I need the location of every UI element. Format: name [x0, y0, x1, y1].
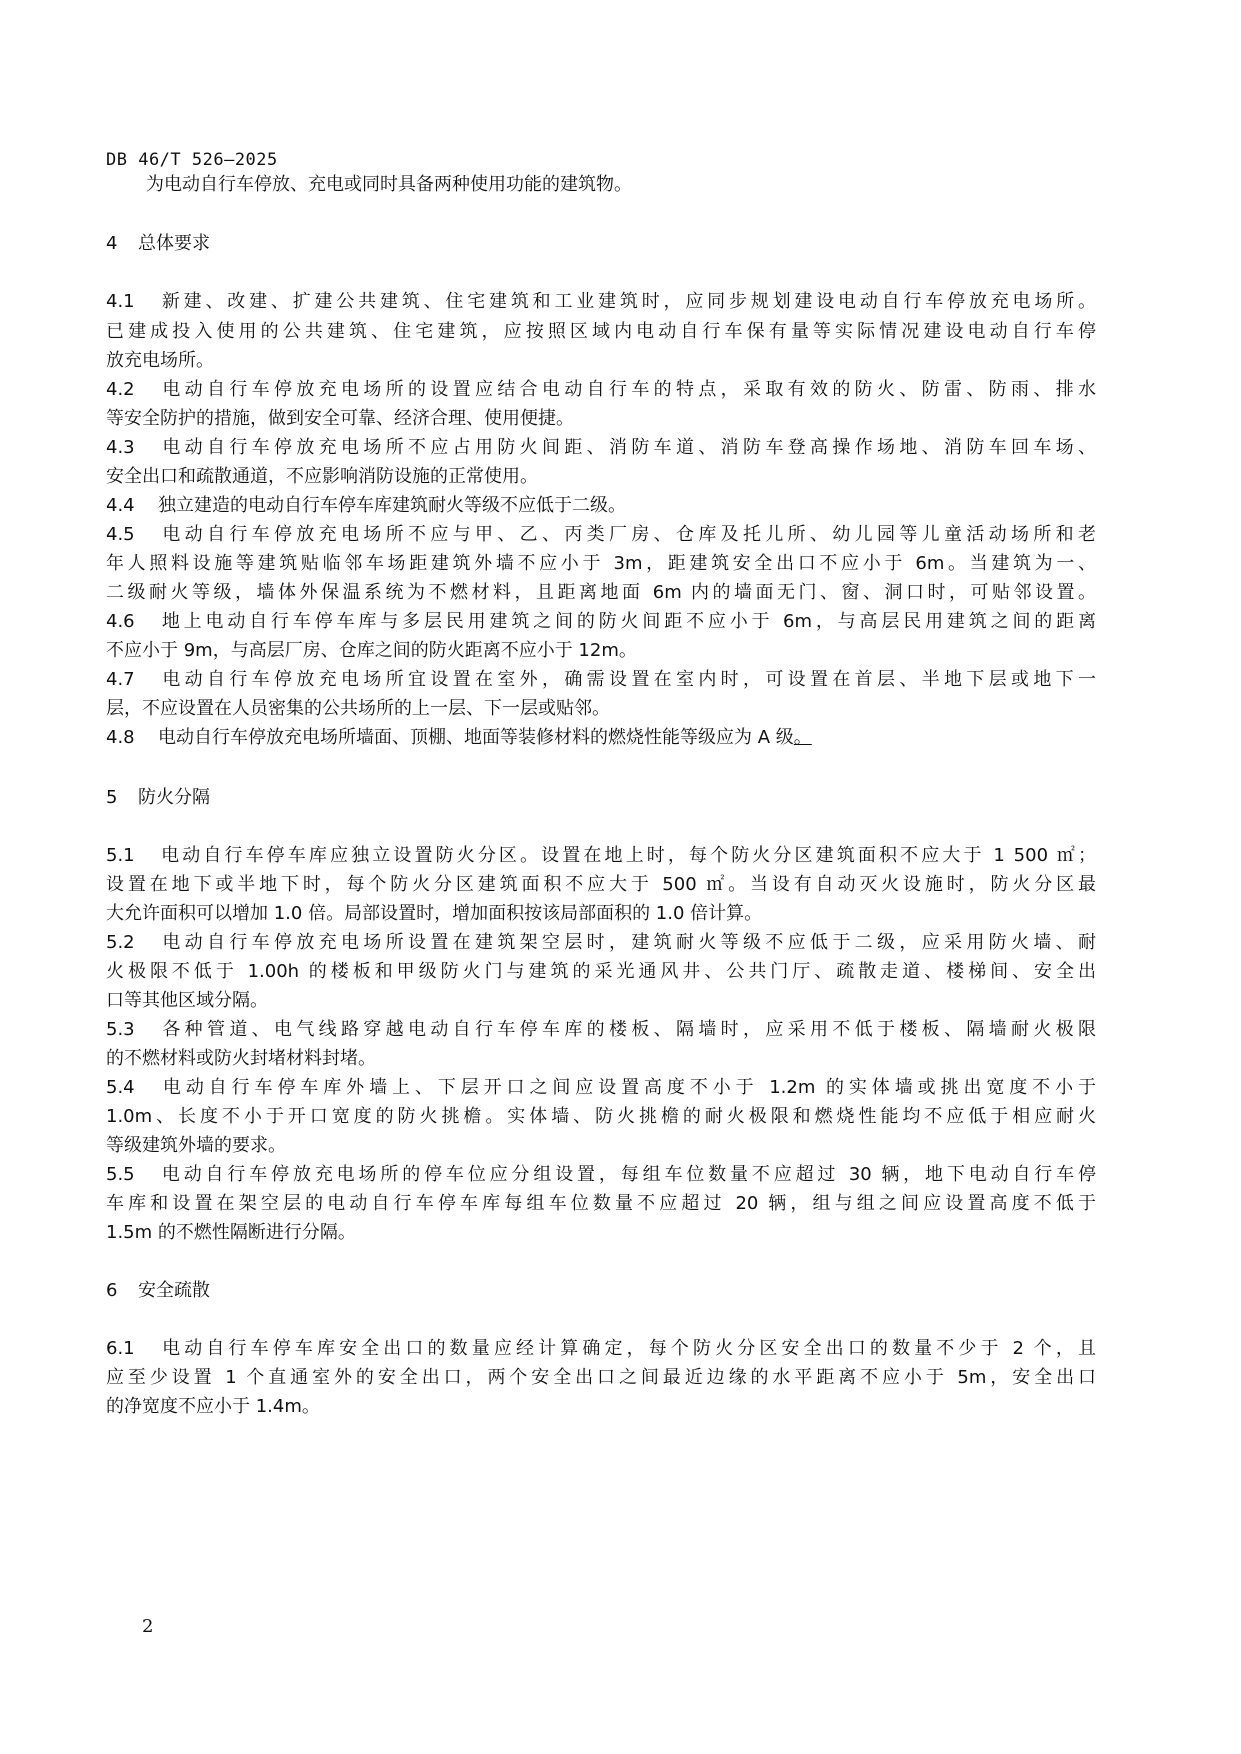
clause-5-5-line-1: 5.5电动自行车停放充电场所的停车位应分组设置，每组车位数量不应超过 30 辆，… [106, 1163, 1096, 1187]
clause-text: 电动自行车停车库应独立设置防火分区。设置在地上时，每个防火分区建筑面积不应大于 … [158, 845, 1096, 866]
section-number: 5 [106, 786, 138, 810]
clause-text: 电动自行车停放充电场所墙面、顶棚、地面等装修材料的燃烧性能等级应为 A 级 [158, 727, 794, 748]
clause-5-1-line-3: 大允许面积可以增加 1.0 倍。局部设置时，增加面积按该局部面积的 1.0 倍计… [106, 902, 1096, 926]
clause-4-7-line-1: 4.7电动自行车停放充电场所宜设置在室外，确需设置在室内时，可设置在首层、半地下… [106, 668, 1096, 692]
clause-6-1-line-2: 应至少设置 1 个直通室外的安全出口，两个安全出口之间最近边缘的水平距离不应小于… [106, 1366, 1096, 1390]
clause-5-2-line-3: 口等其他区域分隔。 [106, 989, 1096, 1013]
clause-number: 5.3 [106, 1018, 158, 1042]
clause-4-2-line-1: 4.2电动自行车停放充电场所的设置应结合电动自行车的特点，采取有效的防火、防雷、… [106, 378, 1096, 402]
clause-5-4-line-1: 5.4电动自行车停车库外墙上、下层开口之间应设置高度不小于 1.2m 的实体墙或… [106, 1076, 1096, 1100]
clause-4-1-line-2: 已建成投入使用的公共建筑、住宅建筑，应按照区域内电动自行车保有量等实际情况建设电… [106, 320, 1096, 344]
clause-4-3-line-2: 安全出口和疏散通道，不应影响消防设施的正常使用。 [106, 465, 1096, 489]
clause-number: 4.1 [106, 290, 158, 314]
clause-4-8-line-1: 4.8电动自行车停放充电场所墙面、顶棚、地面等装修材料的燃烧性能等级应为 A 级… [106, 726, 1096, 750]
clause-number: 4.7 [106, 668, 158, 692]
clause-number: 5.4 [106, 1076, 158, 1100]
section-number: 6 [106, 1279, 138, 1303]
section-5-heading: 5防火分隔 [106, 786, 210, 810]
clause-text: 电动自行车停放充电场所不应占用防火间距、消防车道、消防车登高操作场地、消防车回车… [158, 437, 1096, 458]
clause-5-5-line-3: 1.5m 的不燃性隔断进行分隔。 [106, 1221, 1096, 1245]
clause-6-1-line-1: 6.1电动自行车停车库安全出口的数量应经计算确定，每个防火分区安全出口的数量不少… [106, 1337, 1096, 1361]
clause-5-2-line-1: 5.2电动自行车停放充电场所设置在建筑架空层时，建筑耐火等级不应低于二级，应采用… [106, 931, 1096, 955]
clause-number: 5.2 [106, 931, 158, 955]
section-6-heading: 6安全疏散 [106, 1279, 210, 1303]
clause-5-5-line-2: 车库和设置在架空层的电动自行车停车库每组车位数量不应超过 20 辆，组与组之间应… [106, 1192, 1096, 1216]
section-title: 防火分隔 [138, 787, 210, 808]
section-title: 安全疏散 [138, 1280, 210, 1301]
clause-number: 5.1 [106, 844, 158, 868]
clause-5-3-line-1: 5.3各种管道、电气线路穿越电动自行车停车库的楼板、隔墙时，应采用不低于楼板、隔… [106, 1018, 1096, 1042]
clause-number: 4.6 [106, 610, 158, 634]
clause-number: 4.5 [106, 523, 158, 547]
clause-text: 电动自行车停放充电场所不应与甲、乙、丙类厂房、仓库及托儿所、幼儿园等儿童活动场所… [158, 524, 1096, 545]
clause-number: 4.3 [106, 436, 158, 460]
clause-number: 4.2 [106, 378, 158, 402]
clause-text: 新建、改建、扩建公共建筑、住宅建筑和工业建筑时，应同步规划建设电动自行车停放充电… [158, 291, 1096, 312]
clause-number: 5.5 [106, 1163, 158, 1187]
clause-text: 电动自行车停车库安全出口的数量应经计算确定，每个防火分区安全出口的数量不少于 2… [158, 1338, 1096, 1359]
clause-4-7-line-2: 层，不应设置在人员密集的公共场所的上一层、下一层或贴邻。 [106, 697, 1096, 721]
document-page: DB 46/T 526—2025 为电动自行车停放、充电或同时具备两种使用功能的… [0, 0, 1241, 1754]
clause-5-1-line-1: 5.1电动自行车停车库应独立设置防火分区。设置在地上时，每个防火分区建筑面积不应… [106, 844, 1096, 868]
section-number: 4 [106, 232, 138, 256]
clause-4-5-line-1: 4.5电动自行车停放充电场所不应与甲、乙、丙类厂房、仓库及托儿所、幼儿园等儿童活… [106, 523, 1096, 547]
clause-4-6-line-2: 不应小于 9m，与高层厂房、仓库之间的防火距离不应小于 12m。 [106, 639, 1096, 663]
clause-4-2-line-2: 等安全防护的措施，做到安全可靠、经济合理、使用便捷。 [106, 407, 1096, 431]
clause-4-1-line-3: 放充电场所。 [106, 349, 1096, 373]
clause-4-1-line-1: 4.1新建、改建、扩建公共建筑、住宅建筑和工业建筑时，应同步规划建设电动自行车停… [106, 290, 1096, 314]
clause-text: 电动自行车停放充电场所的设置应结合电动自行车的特点，采取有效的防火、防雷、防雨、… [158, 379, 1096, 400]
clause-text: 各种管道、电气线路穿越电动自行车停车库的楼板、隔墙时，应采用不低于楼板、隔墙耐火… [158, 1019, 1096, 1040]
clause-5-3-line-2: 的不燃材料或防火封堵材料封堵。 [106, 1047, 1096, 1071]
clause-number: 4.8 [106, 726, 158, 750]
clause-4-6-line-1: 4.6地上电动自行车停车库与多层民用建筑之间的防火间距不应小于 6m，与高层民用… [106, 610, 1096, 634]
section-title: 总体要求 [138, 233, 210, 254]
clause-6-1-line-3: 的净宽度不应小于 1.4m。 [106, 1395, 1096, 1419]
clause-text: 电动自行车停放充电场所设置在建筑架空层时，建筑耐火等级不应低于二级，应采用防火墙… [158, 932, 1096, 953]
clause-4-3-line-1: 4.3电动自行车停放充电场所不应占用防火间距、消防车道、消防车登高操作场地、消防… [106, 436, 1096, 460]
clause-text: 地上电动自行车停车库与多层民用建筑之间的防火间距不应小于 6m，与高层民用建筑之… [158, 611, 1096, 632]
clause-5-4-line-2: 1.0m、长度不小于开口宽度的防火挑檐。实体墙、防火挑檐的耐火极限和燃烧性能均不… [106, 1105, 1096, 1129]
clause-4-4-line-1: 4.4独立建造的电动自行车停车库建筑耐火等级不应低于二级。 [106, 494, 1096, 518]
clause-5-2-line-2: 火极限不低于 1.00h 的楼板和甲级防火门与建筑的采光通风井、公共门厅、疏散走… [106, 960, 1096, 984]
clause-text: 独立建造的电动自行车停车库建筑耐火等级不应低于二级。 [158, 495, 626, 516]
underlined-period: 。 [794, 727, 812, 748]
clause-4-5-line-2: 年人照料设施等建筑贴临邻车场距建筑外墙不应小于 3m，距建筑安全出口不应小于 6… [106, 552, 1096, 576]
clause-number: 4.4 [106, 494, 158, 518]
clause-text: 电动自行车停车库外墙上、下层开口之间应设置高度不小于 1.2m 的实体墙或挑出宽… [158, 1077, 1096, 1098]
clause-text: 电动自行车停放充电场所的停车位应分组设置，每组车位数量不应超过 30 辆，地下电… [158, 1164, 1096, 1185]
intro-line: 为电动自行车停放、充电或同时具备两种使用功能的建筑物。 [146, 173, 1096, 197]
document-id-header: DB 46/T 526—2025 [106, 150, 278, 170]
clause-4-5-line-3: 二级耐火等级，墙体外保温系统为不燃材料，且距离地面 6m 内的墙面无门、窗、洞口… [106, 581, 1096, 605]
page-number: 2 [142, 1616, 153, 1637]
clause-text: 电动自行车停放充电场所宜设置在室外，确需设置在室内时，可设置在首层、半地下层或地… [158, 669, 1096, 690]
clause-5-1-line-2: 设置在地下或半地下时，每个防火分区建筑面积不应大于 500 ㎡。当设有自动灭火设… [106, 873, 1096, 897]
clause-5-4-line-3: 等级建筑外墙的要求。 [106, 1134, 1096, 1158]
section-4-heading: 4总体要求 [106, 232, 210, 256]
clause-number: 6.1 [106, 1337, 158, 1361]
